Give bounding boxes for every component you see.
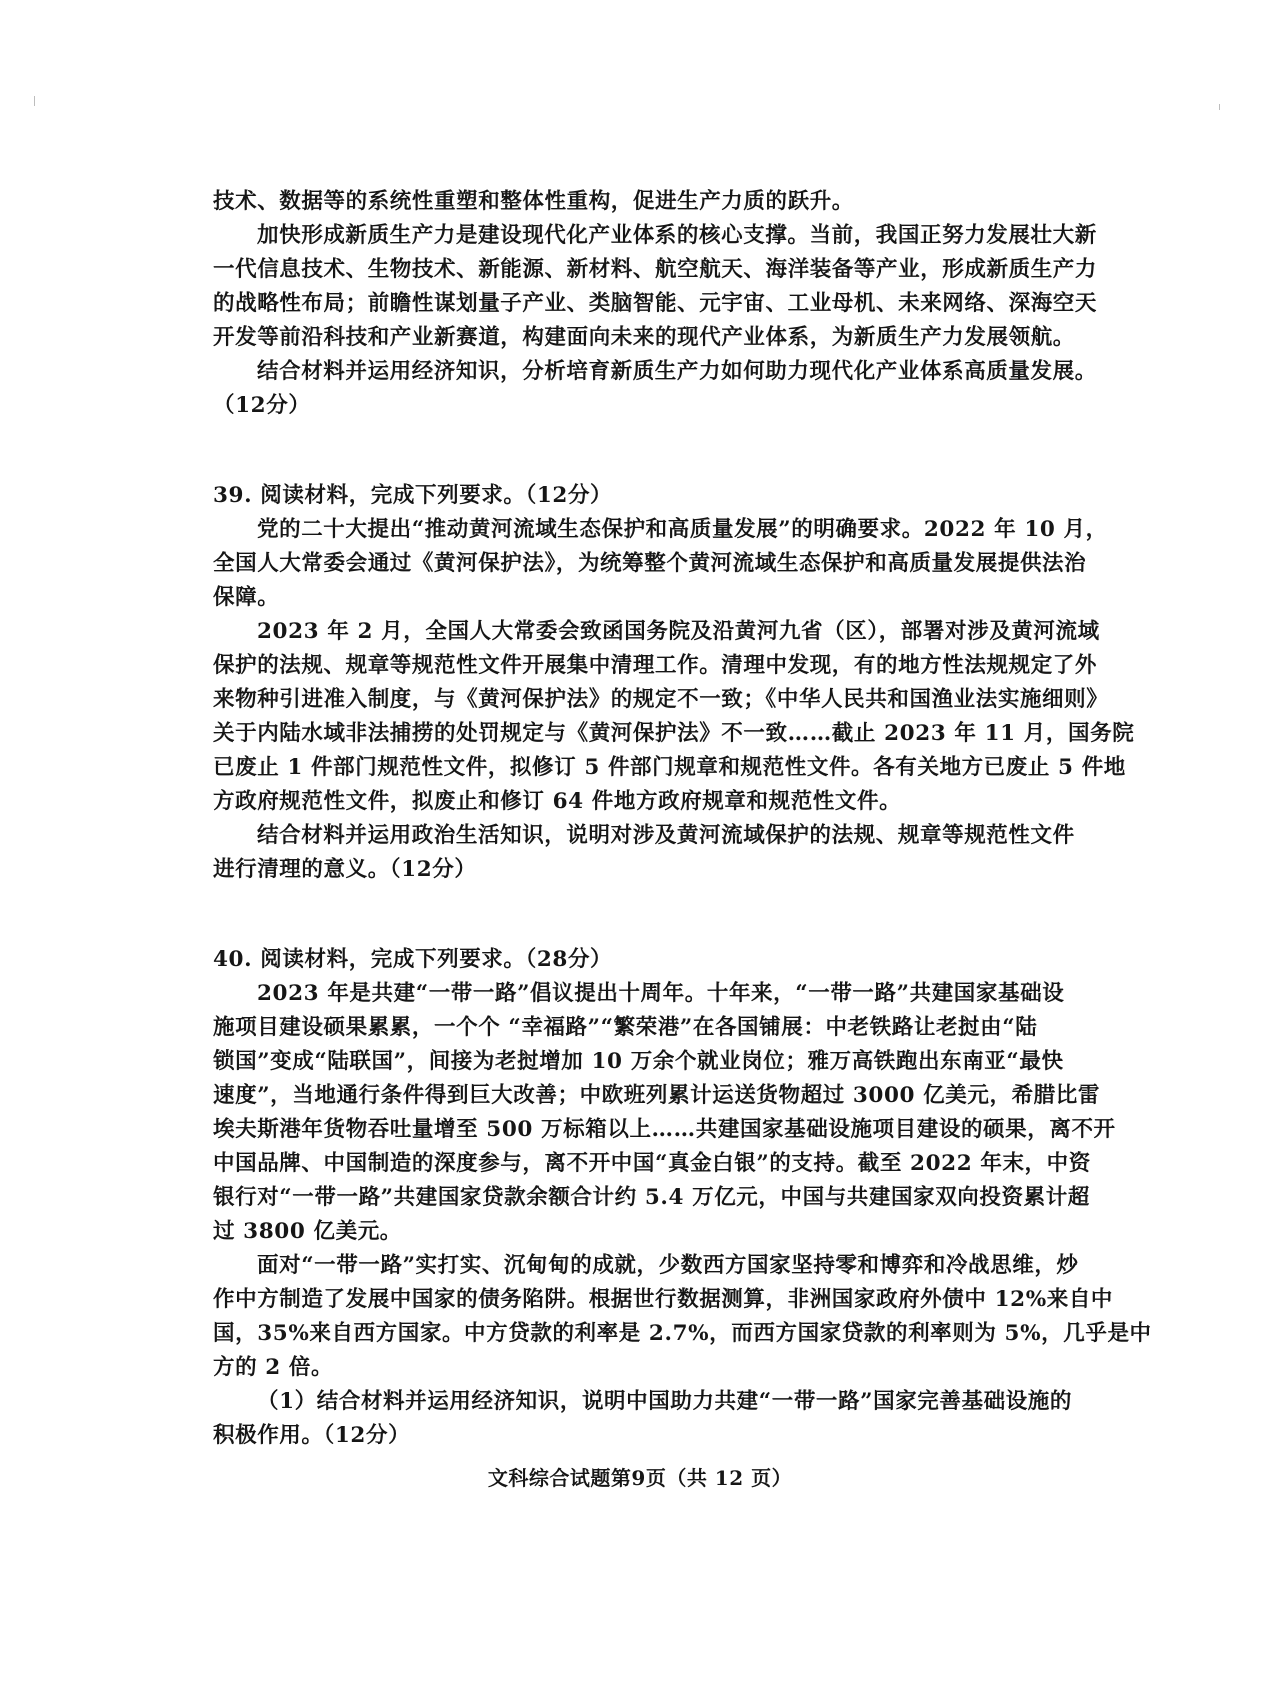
question-40: 40. 阅读材料，完成下列要求。（28分） 2023 年是共建“一带一路”倡议提…	[213, 943, 1093, 1453]
text-line: 保护的法规、规章等规范性文件开展集中清理工作。清理中发现，有的地方性法规规定了外	[213, 649, 1093, 683]
text-line: 过 3800 亿美元。	[213, 1215, 1093, 1249]
text-line: 作中方制造了发展中国家的债务陷阱。根据世行数据测算，非洲国家政府外债中 12%来…	[213, 1283, 1093, 1317]
text-line: 方的 2 倍。	[213, 1351, 1093, 1385]
task-line: 结合材料并运用政治生活知识，说明对涉及黄河流域保护的法规、规章等规范性文件	[213, 819, 1093, 853]
question-38-task: 结合材料并运用经济知识，分析培育新质生产力如何助力现代化产业体系高质量发展。 （…	[213, 355, 1093, 423]
question-39-heading: 39. 阅读材料，完成下列要求。（12分）	[213, 479, 1093, 513]
text-line: 锁国”变成“陆联国”，间接为老挝增加 10 万余个就业岗位；雅万高铁跑出东南亚“…	[213, 1045, 1093, 1079]
text-line: 埃夫斯港年货物吞吐量增至 500 万标箱以上……共建国家基础设施项目建设的硕果，…	[213, 1113, 1093, 1147]
score-label: （12分）	[213, 389, 1093, 423]
page-content: 技术、数据等的系统性重塑和整体性重构，促进生产力质的跃升。 加快形成新质生产力是…	[213, 185, 1093, 1453]
text-line: 面对“一带一路”实打实、沉甸甸的成就，少数西方国家坚持零和博弈和冷战思维，炒	[213, 1249, 1093, 1283]
subquestion-1-line: （1）结合材料并运用经济知识，说明中国助力共建“一带一路”国家完善基础设施的	[213, 1385, 1093, 1419]
text-line: 方政府规范性文件，拟废止和修订 64 件地方政府规章和规范性文件。	[213, 785, 1093, 819]
section-gap	[213, 423, 1093, 479]
question-39: 39. 阅读材料，完成下列要求。（12分） 党的二十大提出“推动黄河流域生态保护…	[213, 479, 1093, 887]
scan-mark-right	[1219, 104, 1220, 110]
text-line: 保障。	[213, 581, 1093, 615]
text-line: 来物种引进准入制度，与《黄河保护法》的规定不一致；《中华人民共和国渔业法实施细则…	[213, 683, 1093, 717]
task-line: 进行清理的意义。（12分）	[213, 853, 1093, 887]
scan-mark-left	[34, 96, 35, 106]
text-line: 已废止 1 件部门规范性文件，拟修订 5 件部门规章和规范性文件。各有关地方已废…	[213, 751, 1093, 785]
material-paragraph-new-quality: 加快形成新质生产力是建设现代化产业体系的核心支撑。当前，我国正努力发展壮大新 一…	[213, 219, 1093, 355]
text-line: 2023 年是共建“一带一路”倡议提出十周年。十年来，“一带一路”共建国家基础设	[213, 977, 1093, 1011]
section-gap	[213, 887, 1093, 943]
subquestion-1-line: 积极作用。（12分）	[213, 1419, 1093, 1453]
text-line: 的战略性布局；前瞻性谋划量子产业、类脑智能、元宇宙、工业母机、未来网络、深海空天	[213, 287, 1093, 321]
question-40-heading: 40. 阅读材料，完成下列要求。（28分）	[213, 943, 1093, 977]
page-footer: 文科综合试题第9页（共 12 页）	[0, 1462, 1280, 1491]
text-line: 银行对“一带一路”共建国家贷款余额合计约 5.4 万亿元，中国与共建国家双向投资…	[213, 1181, 1093, 1215]
continuation-paragraph: 技术、数据等的系统性重塑和整体性重构，促进生产力质的跃升。	[213, 185, 1093, 219]
text-line: 施项目建设硕果累累，一个个 “幸福路”“繁荣港”在各国铺展：中老铁路让老挝由“陆	[213, 1011, 1093, 1045]
text-line: 党的二十大提出“推动黄河流域生态保护和高质量发展”的明确要求。2022 年 10…	[213, 513, 1093, 547]
task-line: 结合材料并运用经济知识，分析培育新质生产力如何助力现代化产业体系高质量发展。	[213, 355, 1093, 389]
text-line: 开发等前沿科技和产业新赛道，构建面向未来的现代产业体系，为新质生产力发展领航。	[213, 321, 1093, 355]
exam-page: 技术、数据等的系统性重塑和整体性重构，促进生产力质的跃升。 加快形成新质生产力是…	[0, 0, 1280, 1707]
text-line: 2023 年 2 月，全国人大常委会致函国务院及沿黄河九省（区），部署对涉及黄河…	[213, 615, 1093, 649]
text-line: 国，35%来自西方国家。中方贷款的利率是 2.7%，而西方国家贷款的利率则为 5…	[213, 1317, 1093, 1351]
text-line: 全国人大常委会通过《黄河保护法》，为统筹整个黄河流域生态保护和高质量发展提供法治	[213, 547, 1093, 581]
text-line: 中国品牌、中国制造的深度参与，离不开中国“真金白银”的支持。截至 2022 年末…	[213, 1147, 1093, 1181]
text-line: 加快形成新质生产力是建设现代化产业体系的核心支撑。当前，我国正努力发展壮大新	[213, 219, 1093, 253]
text-line: 关于内陆水域非法捕捞的处罚规定与《黄河保护法》不一致……截止 2023 年 11…	[213, 717, 1093, 751]
text-line: 一代信息技术、生物技术、新能源、新材料、航空航天、海洋装备等产业，形成新质生产力	[213, 253, 1093, 287]
text-line: 速度”，当地通行条件得到巨大改善；中欧班列累计运送货物超过 3000 亿美元，希…	[213, 1079, 1093, 1113]
text-line: 技术、数据等的系统性重塑和整体性重构，促进生产力质的跃升。	[213, 185, 1093, 219]
